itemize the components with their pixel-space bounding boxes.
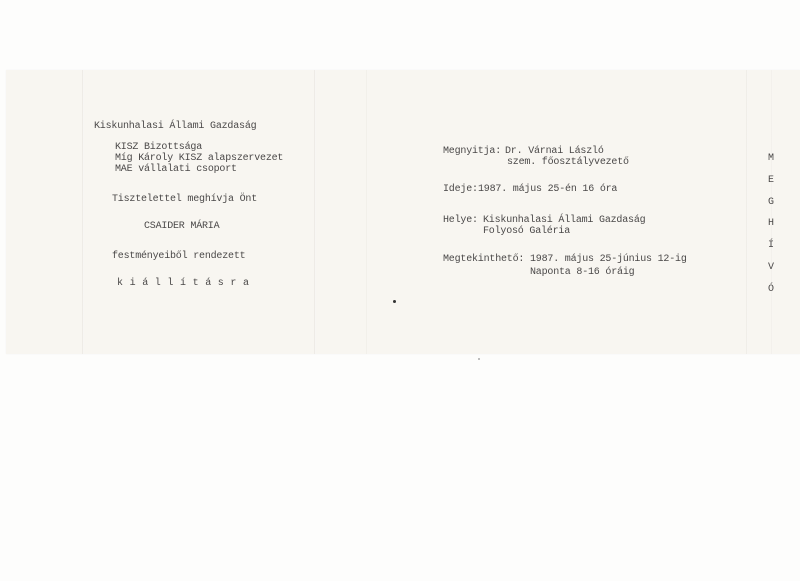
invitation-card (6, 70, 800, 354)
fold-line (82, 70, 84, 354)
side-title-letter: H (768, 219, 774, 241)
co-organizer-3: MAE vállalati csoport (115, 164, 237, 175)
viewing-label: Megtekinthető: (443, 254, 524, 265)
scanned-page: Kiskunhalasi Állami Gazdaság KISZ Bizott… (0, 0, 800, 581)
fold-line (366, 70, 368, 354)
place-value-line1: Kiskunhalasi Állami Gazdaság (483, 215, 645, 226)
side-title-letter: G (768, 198, 774, 220)
fold-line (746, 70, 748, 354)
artist-name: CSAIDER MÁRIA (144, 221, 219, 232)
side-title-letter: V (768, 263, 774, 285)
opening-label: Megnyitja: (443, 146, 501, 157)
co-organizer-1: KISZ Bizottsága (115, 142, 202, 153)
invitation-line: Tisztelettel meghívja Önt (112, 194, 257, 205)
dust-speck (478, 358, 480, 360)
place-label: Helye: (443, 215, 478, 226)
date-value: 1987. május 25-én 16 óra (478, 184, 617, 195)
side-title-letter: Í (768, 241, 774, 263)
co-organizer-2: Míg Károly KISZ alapszervezet (115, 153, 283, 164)
viewing-hours: Naponta 8-16 óráig (530, 267, 634, 278)
place-value-line2: Folyosó Galéria (483, 226, 570, 237)
side-title-letter: M (768, 154, 774, 176)
side-title-letter: E (768, 176, 774, 198)
viewing-value: 1987. május 25-június 12-ig (530, 254, 687, 265)
side-title-meghivo: M E G H Í V Ó (766, 154, 776, 307)
dust-speck (393, 300, 396, 303)
opening-person-title: szem. főosztályvezető (507, 157, 629, 168)
fold-line (314, 70, 316, 354)
side-title-letter: Ó (768, 285, 774, 307)
opening-person: Dr. Várnai László (505, 146, 604, 157)
exhibition-word: kiállításra (117, 278, 256, 289)
date-label: Ideje: (443, 184, 478, 195)
exhibition-description: festményeiből rendezett (112, 251, 245, 262)
organizer: Kiskunhalasi Állami Gazdaság (94, 121, 256, 132)
